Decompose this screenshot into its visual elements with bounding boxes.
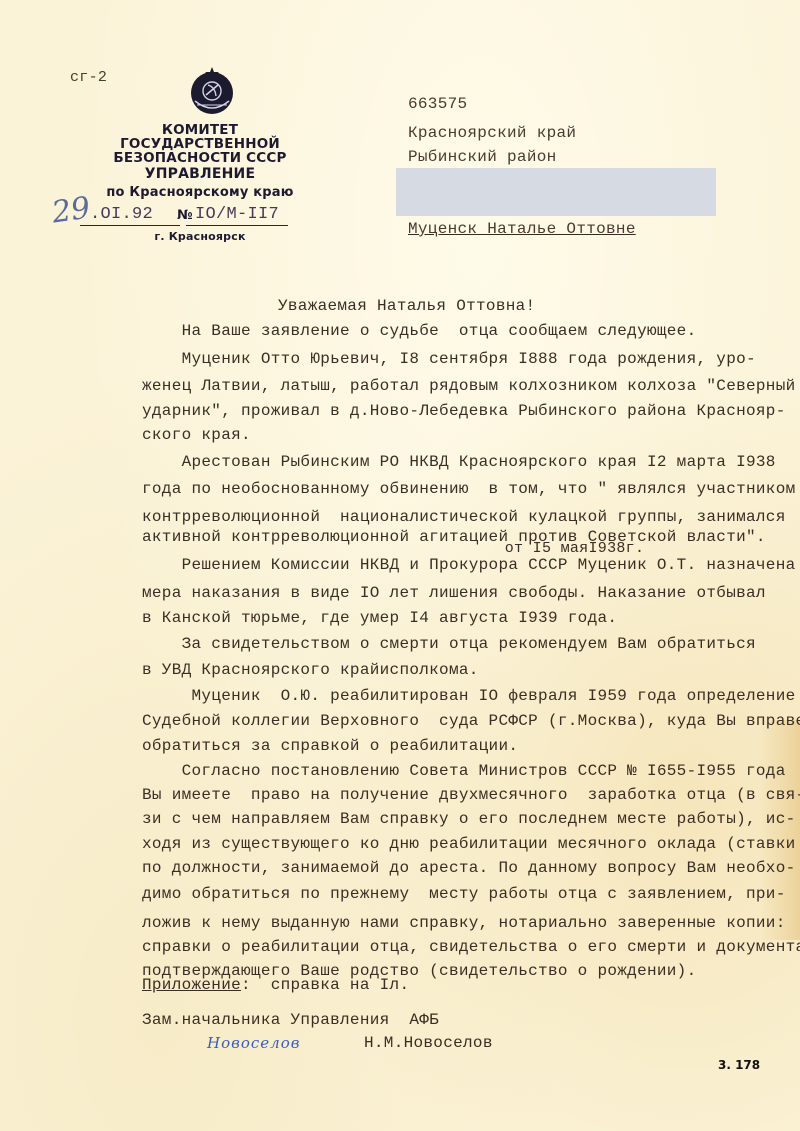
registration-date: .OI.92 — [90, 205, 153, 224]
body-line: зи с чем направляем Вам справку о его по… — [142, 810, 796, 828]
body-line: ского края. — [142, 426, 251, 444]
handwritten-signature: Новоселов — [207, 1034, 300, 1052]
recipient-name: Муценск Наталье Оттовне — [408, 220, 636, 238]
recipient-region: Красноярский край — [408, 124, 576, 142]
page-mark: 3. 178 — [718, 1058, 760, 1072]
ussr-state-emblem-icon — [168, 47, 218, 99]
body-line: Согласно постановлению Совета Министров … — [142, 762, 786, 780]
body-line: Арестован Рыбинским РО НКВД Красноярског… — [142, 453, 776, 471]
recipient-district: Рыбинский район — [408, 148, 557, 166]
body-line: ходя из существующего ко дню реабилитаци… — [142, 835, 796, 853]
body-line: в Канской тюрьме, где умер I4 августа I9… — [142, 609, 617, 627]
date-underline — [80, 225, 180, 226]
body-line: обратиться за справкой о реабилитации. — [142, 737, 518, 755]
body-line: в УВД Красноярского крайисполкома. — [142, 661, 479, 679]
letterhead-line-4: УПРАВЛЕНИЕ — [70, 166, 330, 182]
body-line: Муценик О.Ю. реабилитирован IO февраля I… — [142, 687, 796, 705]
body-line: ударник", проживал в д.Ново-Лебедевка Ры… — [142, 402, 786, 420]
recipient-postal-code: 663575 — [408, 95, 467, 113]
registration-number: IO/M-II7 — [195, 205, 279, 224]
letterhead-line-3: БЕЗОПАСНОСТИ СССР — [70, 150, 330, 166]
attachment-text: : справка на Iл. — [241, 976, 409, 994]
form-code: сг-2 — [70, 69, 107, 86]
body-line: справки о реабилитации отца, свидетельст… — [142, 938, 800, 956]
signatory-name: Н.М.Новоселов — [364, 1034, 493, 1052]
body-line: На Ваше заявление о судьбе отца сообщаем… — [142, 322, 697, 340]
body-line: За свидетельством о смерти отца рекоменд… — [142, 635, 756, 653]
redacted-address-block — [396, 168, 716, 216]
letterhead-line-5: по Красноярскому краю — [70, 185, 330, 200]
paper-stain — [760, 720, 800, 940]
body-line: женец Латвии, латыш, работал рядовым кол… — [142, 377, 796, 395]
number-sign: № — [177, 208, 193, 223]
body-line: от I5 маяI938г. — [142, 540, 644, 557]
number-underline — [186, 225, 288, 226]
body-line: по должности, занимаемой до ареста. По д… — [142, 859, 796, 877]
attachment-line: Приложение: справка на Iл. — [142, 976, 409, 994]
signatory-title: Зам.начальника Управления АФБ — [142, 1011, 439, 1029]
body-line: года по необоснованному обвинению в том,… — [142, 480, 796, 498]
body-line: контрреволюционной националистической ку… — [142, 508, 786, 526]
letterhead-city: г. Красноярск — [70, 230, 330, 243]
body-line: димо обратиться по прежнему месту работы… — [142, 885, 786, 903]
body-line: Судебной коллегии Верховного суда РСФСР … — [142, 712, 800, 730]
body-line: Вы имеете право на получение двухмесячно… — [142, 786, 800, 804]
body-line: Муценик Отто Юрьевич, I8 сентября I888 г… — [142, 350, 756, 368]
body-line: Решением Комиссии НКВД и Прокурора СССР … — [142, 556, 796, 574]
attachment-label: Приложение — [142, 976, 241, 994]
body-line: мера наказания в виде IO лет лишения сво… — [142, 584, 766, 602]
salutation: Уважаемая Наталья Оттовна! — [278, 297, 535, 315]
body-line: ложив к нему выданную нами справку, нота… — [142, 914, 786, 932]
